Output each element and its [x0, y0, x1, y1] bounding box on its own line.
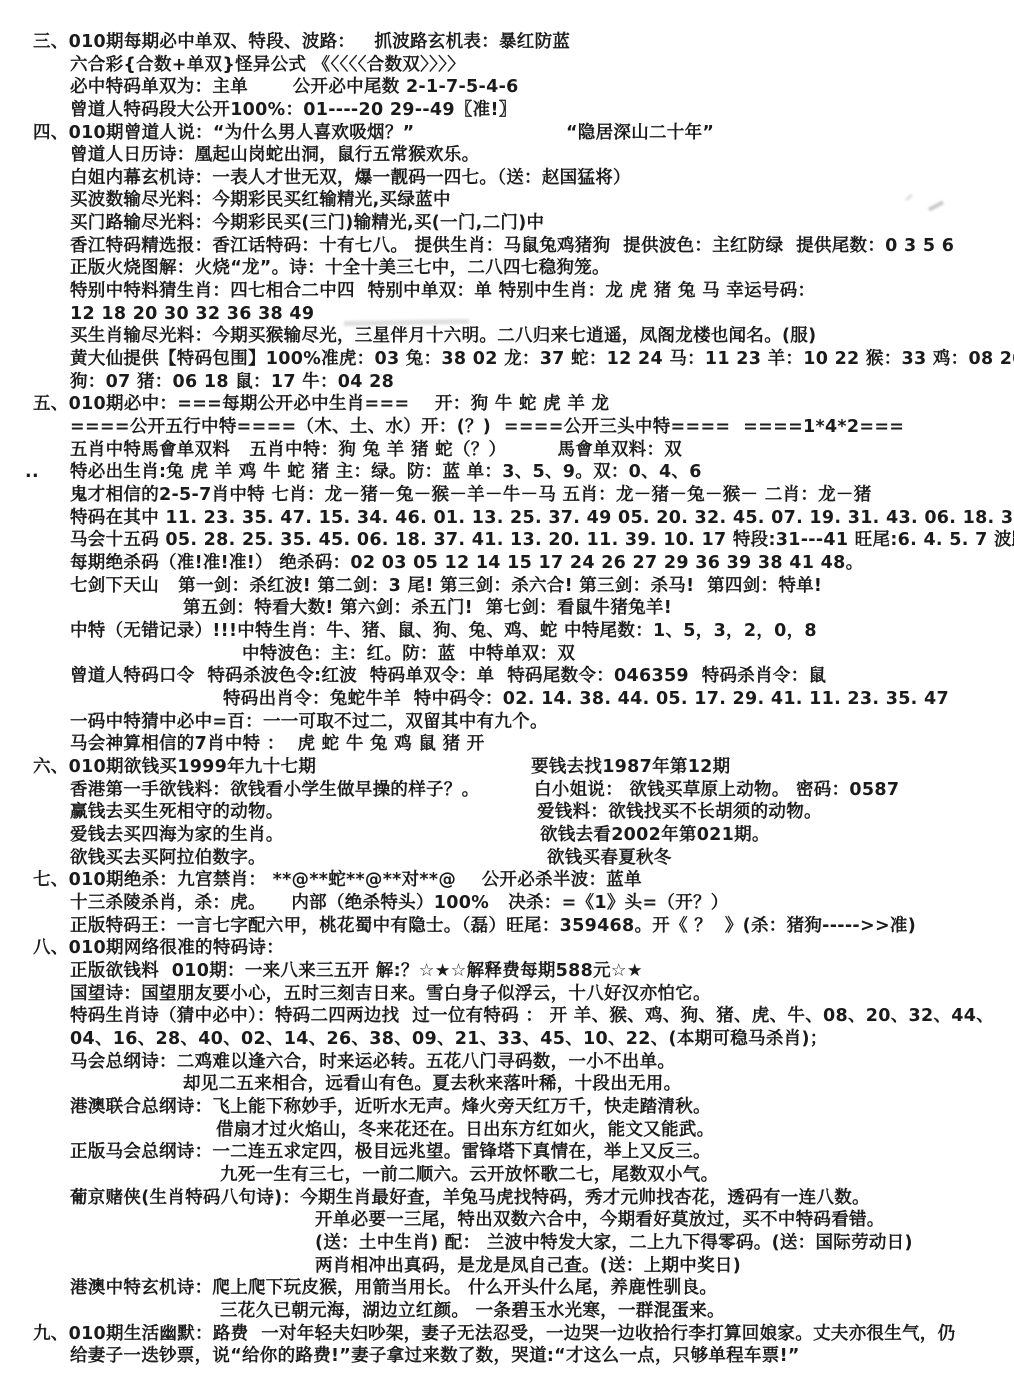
text-line: 八、010期网络很准的特码诗： — [33, 937, 284, 959]
text-line: 正版欲钱料 010期：一来八来三五开 解:？☆★☆解释费每期588元☆★ — [70, 960, 643, 982]
text-line: 九死一生有三七，一前二顺六。云开放怀歌二七，尾数双小气。 — [220, 1164, 718, 1186]
text-line: 爱钱去买四海为家的生肖。 — [70, 824, 284, 846]
text-line: 特必出生肖:兔 虎 羊 鸡 牛 蛇 猪 主：绿。防：蓝 单：3、5、9。双：0、… — [70, 461, 702, 483]
text-line: 爱钱料：欲钱找买不长胡须的动物。 — [537, 801, 822, 823]
text-line: 一码中特猜中必中=百：一一可取不过二，双留其中有九个。 — [70, 711, 548, 733]
text-line: 赢钱去买生死相守的动物。 — [70, 801, 284, 823]
text-line: 买门路输尽光料：今期彩民买(三门)输精光,买(一门,二门)中 — [70, 212, 544, 234]
text-line: 买波数输尽光料：今期彩民买红输精光,买绿蓝中 — [70, 189, 451, 211]
text-line: 欲钱买春夏秋冬 — [547, 847, 672, 869]
text-line: 要钱去找1987年第12期 — [531, 756, 730, 778]
text-line: 七、010期绝杀：九宫禁肖： **@**蛇**@**对**@ 公开必杀半波：蓝单 — [33, 869, 642, 891]
text-line: 借扇才过火焰山，冬来花还在。日出东方红如火，能文又能武。 — [216, 1119, 714, 1141]
text-line: 特别中特料猜生肖：四七相合二中四 特别中单双：单 特别中生肖：龙 虎 猪 兔 马… — [70, 280, 815, 302]
text-line: 正版火烧图解：火烧“龙”。诗：十全十美三七中，二八四七稳狗笼。 — [70, 257, 610, 279]
text-line: 曾道人日历诗：凰起山岗蛇出洞，鼠行五常猴欢乐。 — [70, 144, 479, 166]
text-line: ====公开五行中特====（木、土、水）开：(？) ====公开三头中特===… — [70, 416, 904, 438]
text-line: 开单必要一三尾，特出双数六合中，今期看好莫放过，买不中特码看错。 — [315, 1209, 885, 1231]
text-line: 十三杀陵杀肖，杀：虎。 内部（绝杀特头）100% 决杀：=《1》头=（开？） — [70, 892, 729, 914]
text-line: 六、010期欲钱买1999年九十七期 — [33, 756, 316, 778]
text-line: 四、010期曾道人说：“为什么男人喜欢吸烟？” — [33, 122, 414, 144]
text-line: 马会总纲诗：二鸡难以逢六合，时来运必转。五花八门寻码数，一小不出单。 — [70, 1051, 675, 1073]
text-line: 特码在其中 11. 23. 35. 47. 15. 34. 46. 01. 13… — [70, 507, 1014, 529]
text-line: 第五剑：特看大数! 第六剑：杀五门! 第七剑：看鼠牛猪兔羊! — [183, 597, 672, 619]
text-line: 香江特码精选报：香江话特码：十有七八。 提供生肖：马鼠兔鸡猪狗 提供波色：主红防… — [70, 235, 954, 257]
text-line: 狗：07 猪：06 18 鼠：17 牛：04 28 — [70, 371, 394, 393]
text-line: 国望诗：国望朋友要小心，五时三刻吉日来。雪白身子似浮云，十八好汉亦怕它。 — [70, 983, 711, 1005]
text-line: 五、010期必中：===每期公开必中生肖=== 开：狗 牛 蛇 虎 羊 龙 — [33, 393, 609, 415]
text-line: 特码出肖令：兔蛇牛羊 特中码令：02. 14. 38. 44. 05. 17. … — [223, 688, 949, 710]
text-line: .. — [25, 461, 39, 483]
text-line: 九、010期生活幽默：路费 一对年轻夫妇吵架，妻子无法忍受，一边哭一边收拾行李打… — [33, 1323, 955, 1345]
text-line: 三花久已朝元海，湖边立红颜。 一条碧玉水光寒，一群混蛋来。 — [220, 1300, 725, 1322]
text-line: 香港第一手欲钱料：欲钱看小学生做早操的样子？。 — [70, 779, 479, 801]
text-line: 每期绝杀码（准!准!准!） 绝杀码：02 03 05 12 14 15 17 2… — [70, 552, 863, 574]
text-line: 却见二五来相合，远看山有色。夏去秋来落叶稀，十段出无用。 — [183, 1073, 681, 1095]
text-line: 两肖相冲出真码，是龙是凤自己查。(送：上期中奖日) — [315, 1255, 741, 1277]
text-line: 04、16、28、40、02、14、26、38、09、21、33、45、10、2… — [70, 1028, 828, 1050]
text-line: 白小姐说： 欲钱买草原上动物。 密码：0587 — [534, 779, 899, 801]
text-line: 港澳联合总纲诗：飞上能下称妙手，近听水无声。烽火旁天红万千，快走踏清秋。 — [70, 1096, 711, 1118]
text-line: 白姐内幕玄机诗：一表人才世无双，爆一靓码一四七。（送：赵国猛将） — [70, 167, 631, 189]
text-line: 中特波色：主：红。防：蓝 中特单双：双 — [242, 643, 575, 665]
text-line: 欲钱买去买阿拉伯数字。 — [70, 847, 266, 869]
text-line: 马会十五码 05. 28. 25. 35. 45. 06. 18. 37. 41… — [70, 529, 1014, 551]
text-line: 欲钱去看2002年第021期。 — [540, 824, 770, 846]
text-line: 葡京赌侠(生肖特码八句诗)：今期生肖最好查，羊兔马虎找特码，秀才元帅找杏花，透码… — [70, 1187, 870, 1209]
text-line: 正版特码王：一言七字配六甲，桃花蜀中有隐士。（磊）旺尾：359468。开《 ？ … — [70, 915, 916, 937]
text-line: 12 18 20 30 32 36 38 49 — [70, 303, 314, 325]
text-line: (送：土中生肖) 配： 兰波中特发大家，二上九下得零码。(送：国际劳动日) — [315, 1232, 913, 1254]
text-line: 给妻子一迭钞票，说“给你的路费!”妻子拿过来数了数，哭道:“才这么一点，只够单程… — [70, 1345, 800, 1367]
document-page: 三、010期每期必中单双、特段、波路： 抓波路玄机表：暴红防蓝六合彩{合数+单双… — [0, 0, 1014, 1388]
scan-artifact — [905, 194, 913, 201]
text-line: 六合彩{合数+单双}怪异公式 《〈〈〈〈合数双〉〉〉〉 — [70, 54, 465, 76]
text-line: 曾道人特码段大公开100%：01----20 29--49〖准!〗 — [70, 99, 517, 121]
text-line: 马会神算相信的7肖中特 ： 虎 蛇 牛 兔 鸡 鼠 猪 开 — [70, 733, 485, 755]
text-line: 特码生肖诗（猜中必中）：特码二四两边找 过一位有特码 ： 开 羊、猴、鸡、狗、猪… — [70, 1005, 994, 1027]
text-line: 必中特码单双为：主单 公开必中尾数 2-1-7-5-4-6 — [70, 76, 519, 98]
text-line: 中特（无错记录）!!!中特生肖：牛、猪、鼠、狗、兔、鸡、蛇 中特尾数：1、5，3… — [70, 620, 817, 642]
text-line: “隐居深山二十年” — [566, 122, 714, 144]
text-line: 七剑下天山 第一剑：杀红波! 第二剑：3 尾! 第三剑：杀六合! 第三剑：杀马!… — [70, 575, 822, 597]
text-line: 三、010期每期必中单双、特段、波路： 抓波路玄机表：暴红防蓝 — [33, 31, 570, 53]
text-line: 买生肖输尽光料：今期买猴输尽光，三星伴月十六明。二八归来七逍遥，凤阁龙楼也闻名。… — [70, 325, 816, 347]
text-line: 五肖中特馬會单双料 五肖中特：狗 兔 羊 猪 蛇（？） 馬會单双料：双 — [70, 439, 682, 461]
text-line: 鬼才相信的2-5-7肖中特 七肖：龙－猪－兔－猴－羊－牛－马 五肖：龙－猪－兔－… — [70, 484, 872, 506]
text-line: 黄大仙提供【特码包围】100%准虎：03 兔：38 02 龙：37 蛇：12 2… — [70, 348, 1014, 370]
text-line: 正版马会总纲诗：一二连五求定四，极目远兆望。雷锋塔下真情在，举上又反三。 — [70, 1141, 711, 1163]
text-line: 曾道人特码口令 特码杀波色令:红波 特码单双令：单 特码尾数令：046359 特… — [70, 665, 826, 687]
text-line: 港澳中特玄机诗：爬上爬下玩皮猴，用箭当用长。 什么开头什么尾，养鹿性驯良。 — [70, 1277, 717, 1299]
scan-artifact — [928, 200, 944, 211]
